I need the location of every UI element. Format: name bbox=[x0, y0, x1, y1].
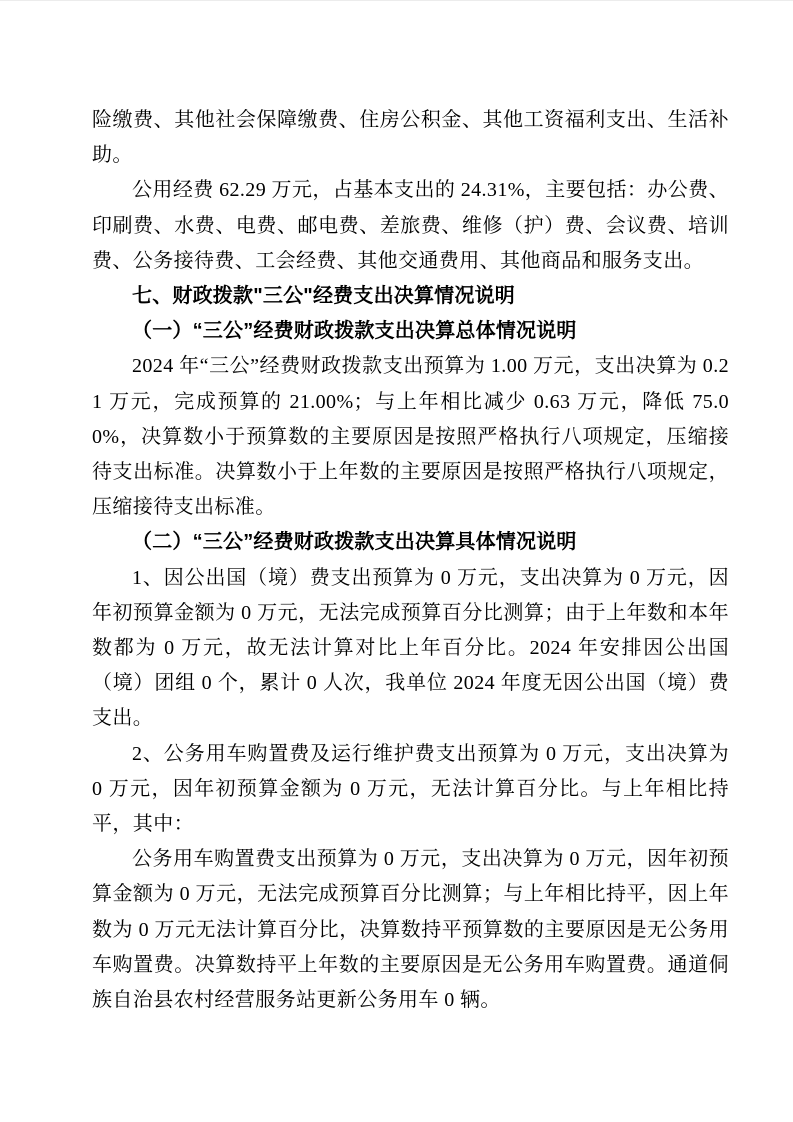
paragraph-welfare-continuation: 险缴费、其他社会保障缴费、住房公积金、其他工资福利支出、生活补助。 bbox=[92, 103, 729, 173]
paragraph-overseas-trips: 1、因公出国（境）费支出预算为 0 万元，支出决算为 0 万元，因年初预算金额为… bbox=[92, 561, 729, 737]
heading-section-seven: 七、财政拨款"三公"经费支出决算情况说明 bbox=[92, 279, 729, 314]
paragraph-vehicle-purchase-detail: 公务用车购置费支出预算为 0 万元，支出决算为 0 万元，因年初预算金额为 0 … bbox=[92, 842, 729, 1018]
document-page: 险缴费、其他社会保障缴费、住房公积金、其他工资福利支出、生活补助。 公用经费 6… bbox=[0, 0, 793, 1122]
heading-subsection-two: （二）“三公”经费财政拨款支出决算具体情况说明 bbox=[92, 525, 729, 560]
document-body: 险缴费、其他社会保障缴费、住房公积金、其他工资福利支出、生活补助。 公用经费 6… bbox=[92, 103, 729, 1018]
paragraph-three-public-overall: 2024 年“三公”经费财政拨款支出预算为 1.00 万元，支出决算为 0.21… bbox=[92, 349, 729, 525]
paragraph-official-vehicle-total: 2、公务用车购置费及运行维护费支出预算为 0 万元，支出决算为 0 万元，因年初… bbox=[92, 737, 729, 843]
heading-subsection-one: （一）“三公”经费财政拨款支出决算总体情况说明 bbox=[92, 314, 729, 349]
paragraph-public-expense-summary: 公用经费 62.29 万元，占基本支出的 24.31%，主要包括：办公费、印刷费… bbox=[92, 173, 729, 279]
